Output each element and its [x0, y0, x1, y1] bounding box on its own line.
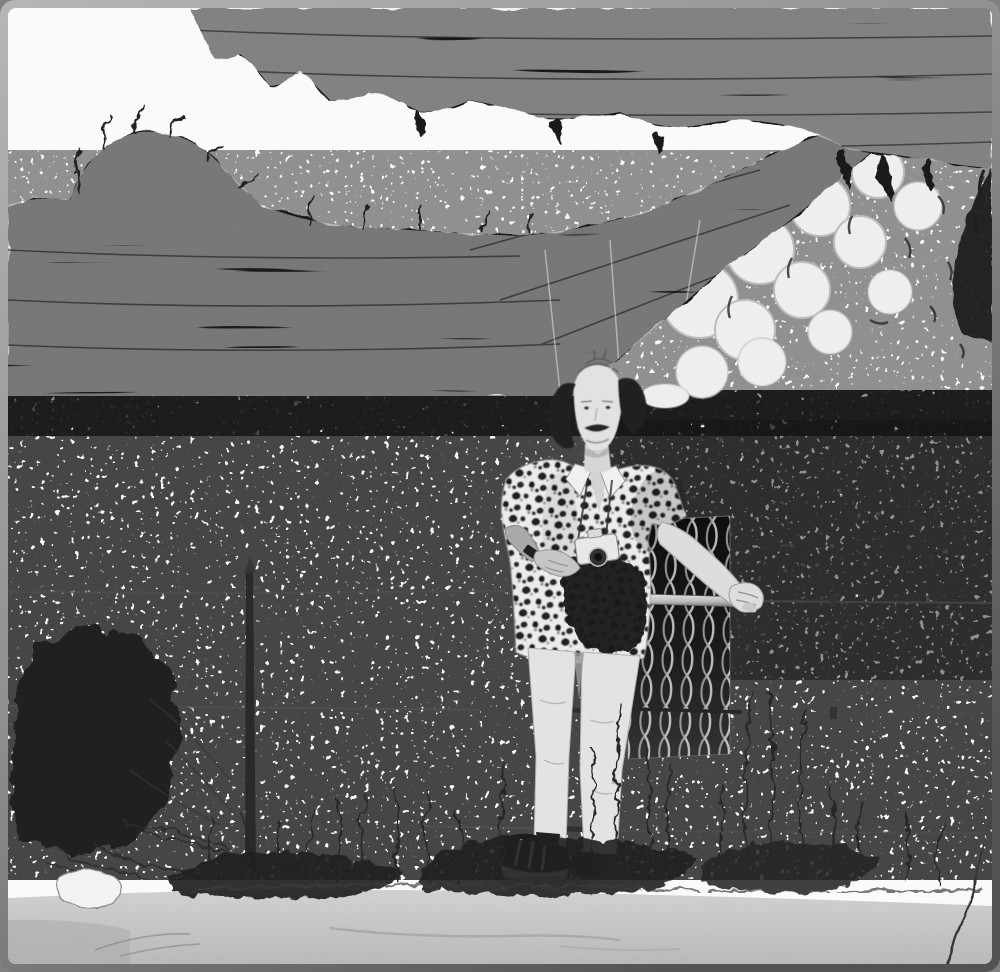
photo-grain — [8, 8, 992, 964]
photo-content — [8, 8, 992, 964]
photo-svg: Man with a camera leaning on a wire rail… — [0, 0, 1000, 972]
framed-photo: Man with a camera leaning on a wire rail… — [0, 0, 1000, 972]
